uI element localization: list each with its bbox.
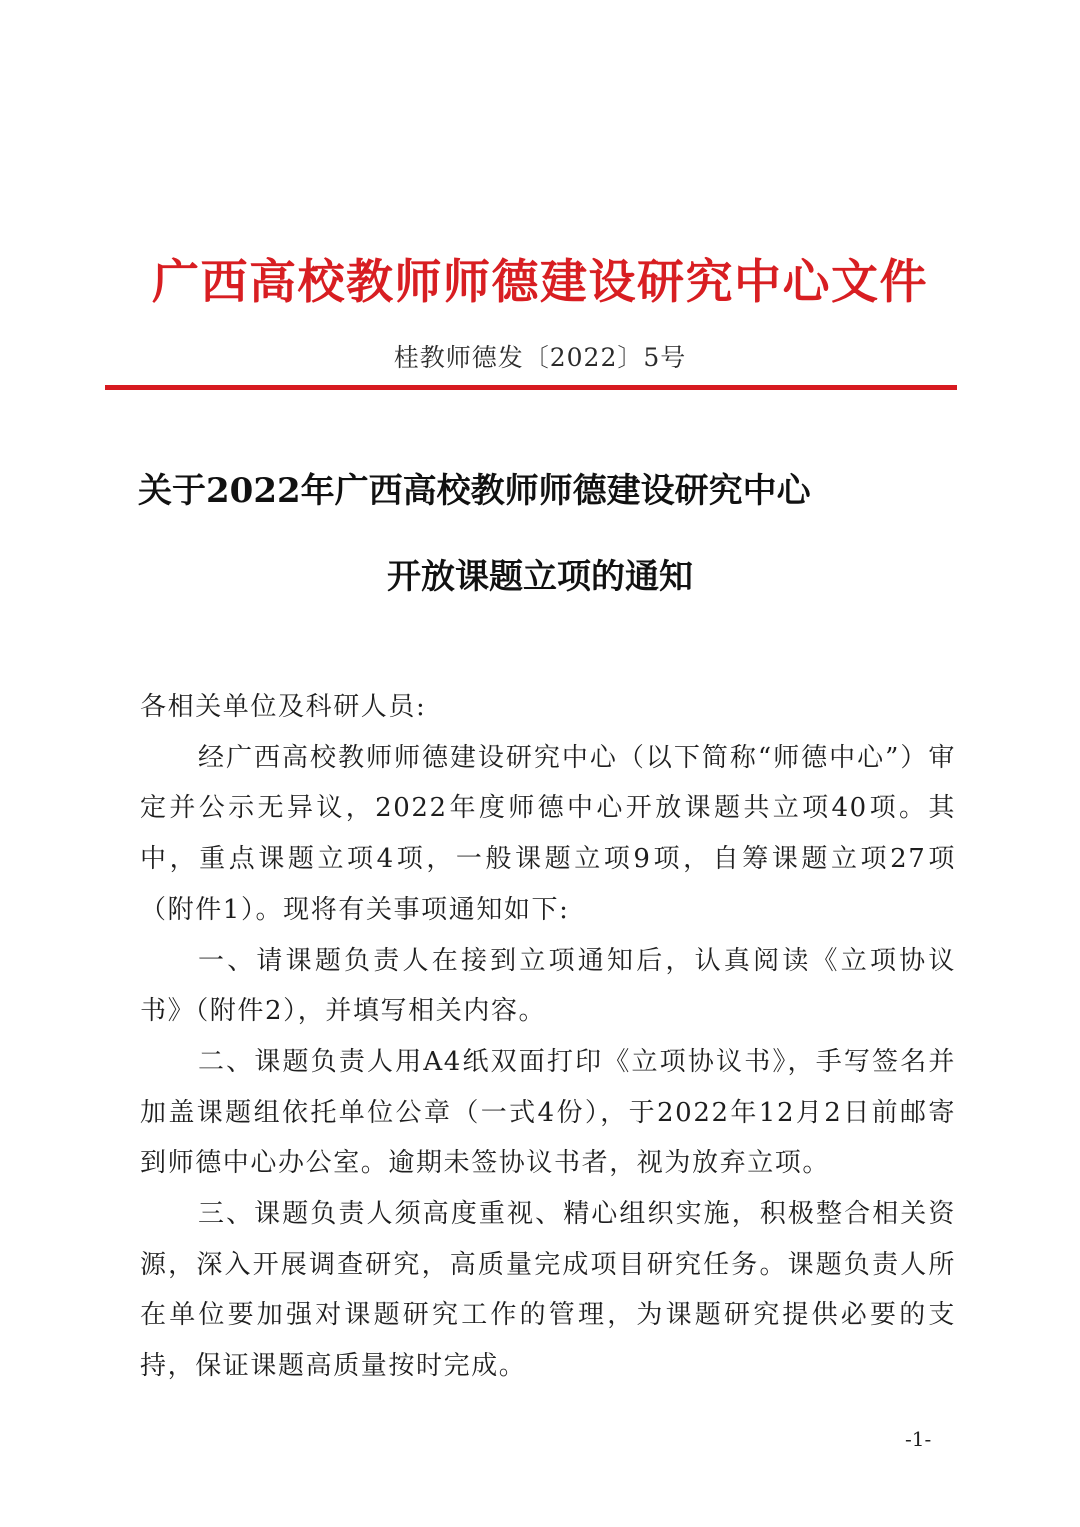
document-header-title: 广西高校教师师德建设研究中心文件	[0, 248, 1080, 318]
page-number: -1-	[905, 1424, 931, 1454]
document-number: 桂教师德发〔2022〕5号	[0, 338, 1080, 378]
paragraph-item-3: 三、课题负责人须高度重视、精心组织实施，积极整合相关资源，深入开展调查研究，高质…	[140, 1189, 956, 1392]
notice-title-line-1: 关于2022年广西高校教师师德建设研究中心	[138, 466, 811, 516]
notice-body: 各相关单位及科研人员: 经广西高校教师师德建设研究中心（以下简称“师德中心”）审…	[140, 682, 956, 1392]
paragraph-item-2: 二、课题负责人用A4纸双面打印《立项协议书》，手写签名并加盖课题组依托单位公章（…	[140, 1037, 956, 1189]
paragraph-item-1: 一、请课题负责人在接到立项通知后，认真阅读《立项协议书》（附件2），并填写相关内…	[140, 936, 956, 1037]
document-page: 广西高校教师师德建设研究中心文件 桂教师德发〔2022〕5号 关于2022年广西…	[0, 0, 1080, 1527]
notice-title-line-2: 开放课题立项的通知	[0, 552, 1080, 602]
paragraph-intro: 经广西高校教师师德建设研究中心（以下简称“师德中心”）审定并公示无异议，2022…	[140, 733, 956, 936]
red-divider-rule	[105, 385, 957, 390]
salutation: 各相关单位及科研人员:	[140, 682, 956, 733]
